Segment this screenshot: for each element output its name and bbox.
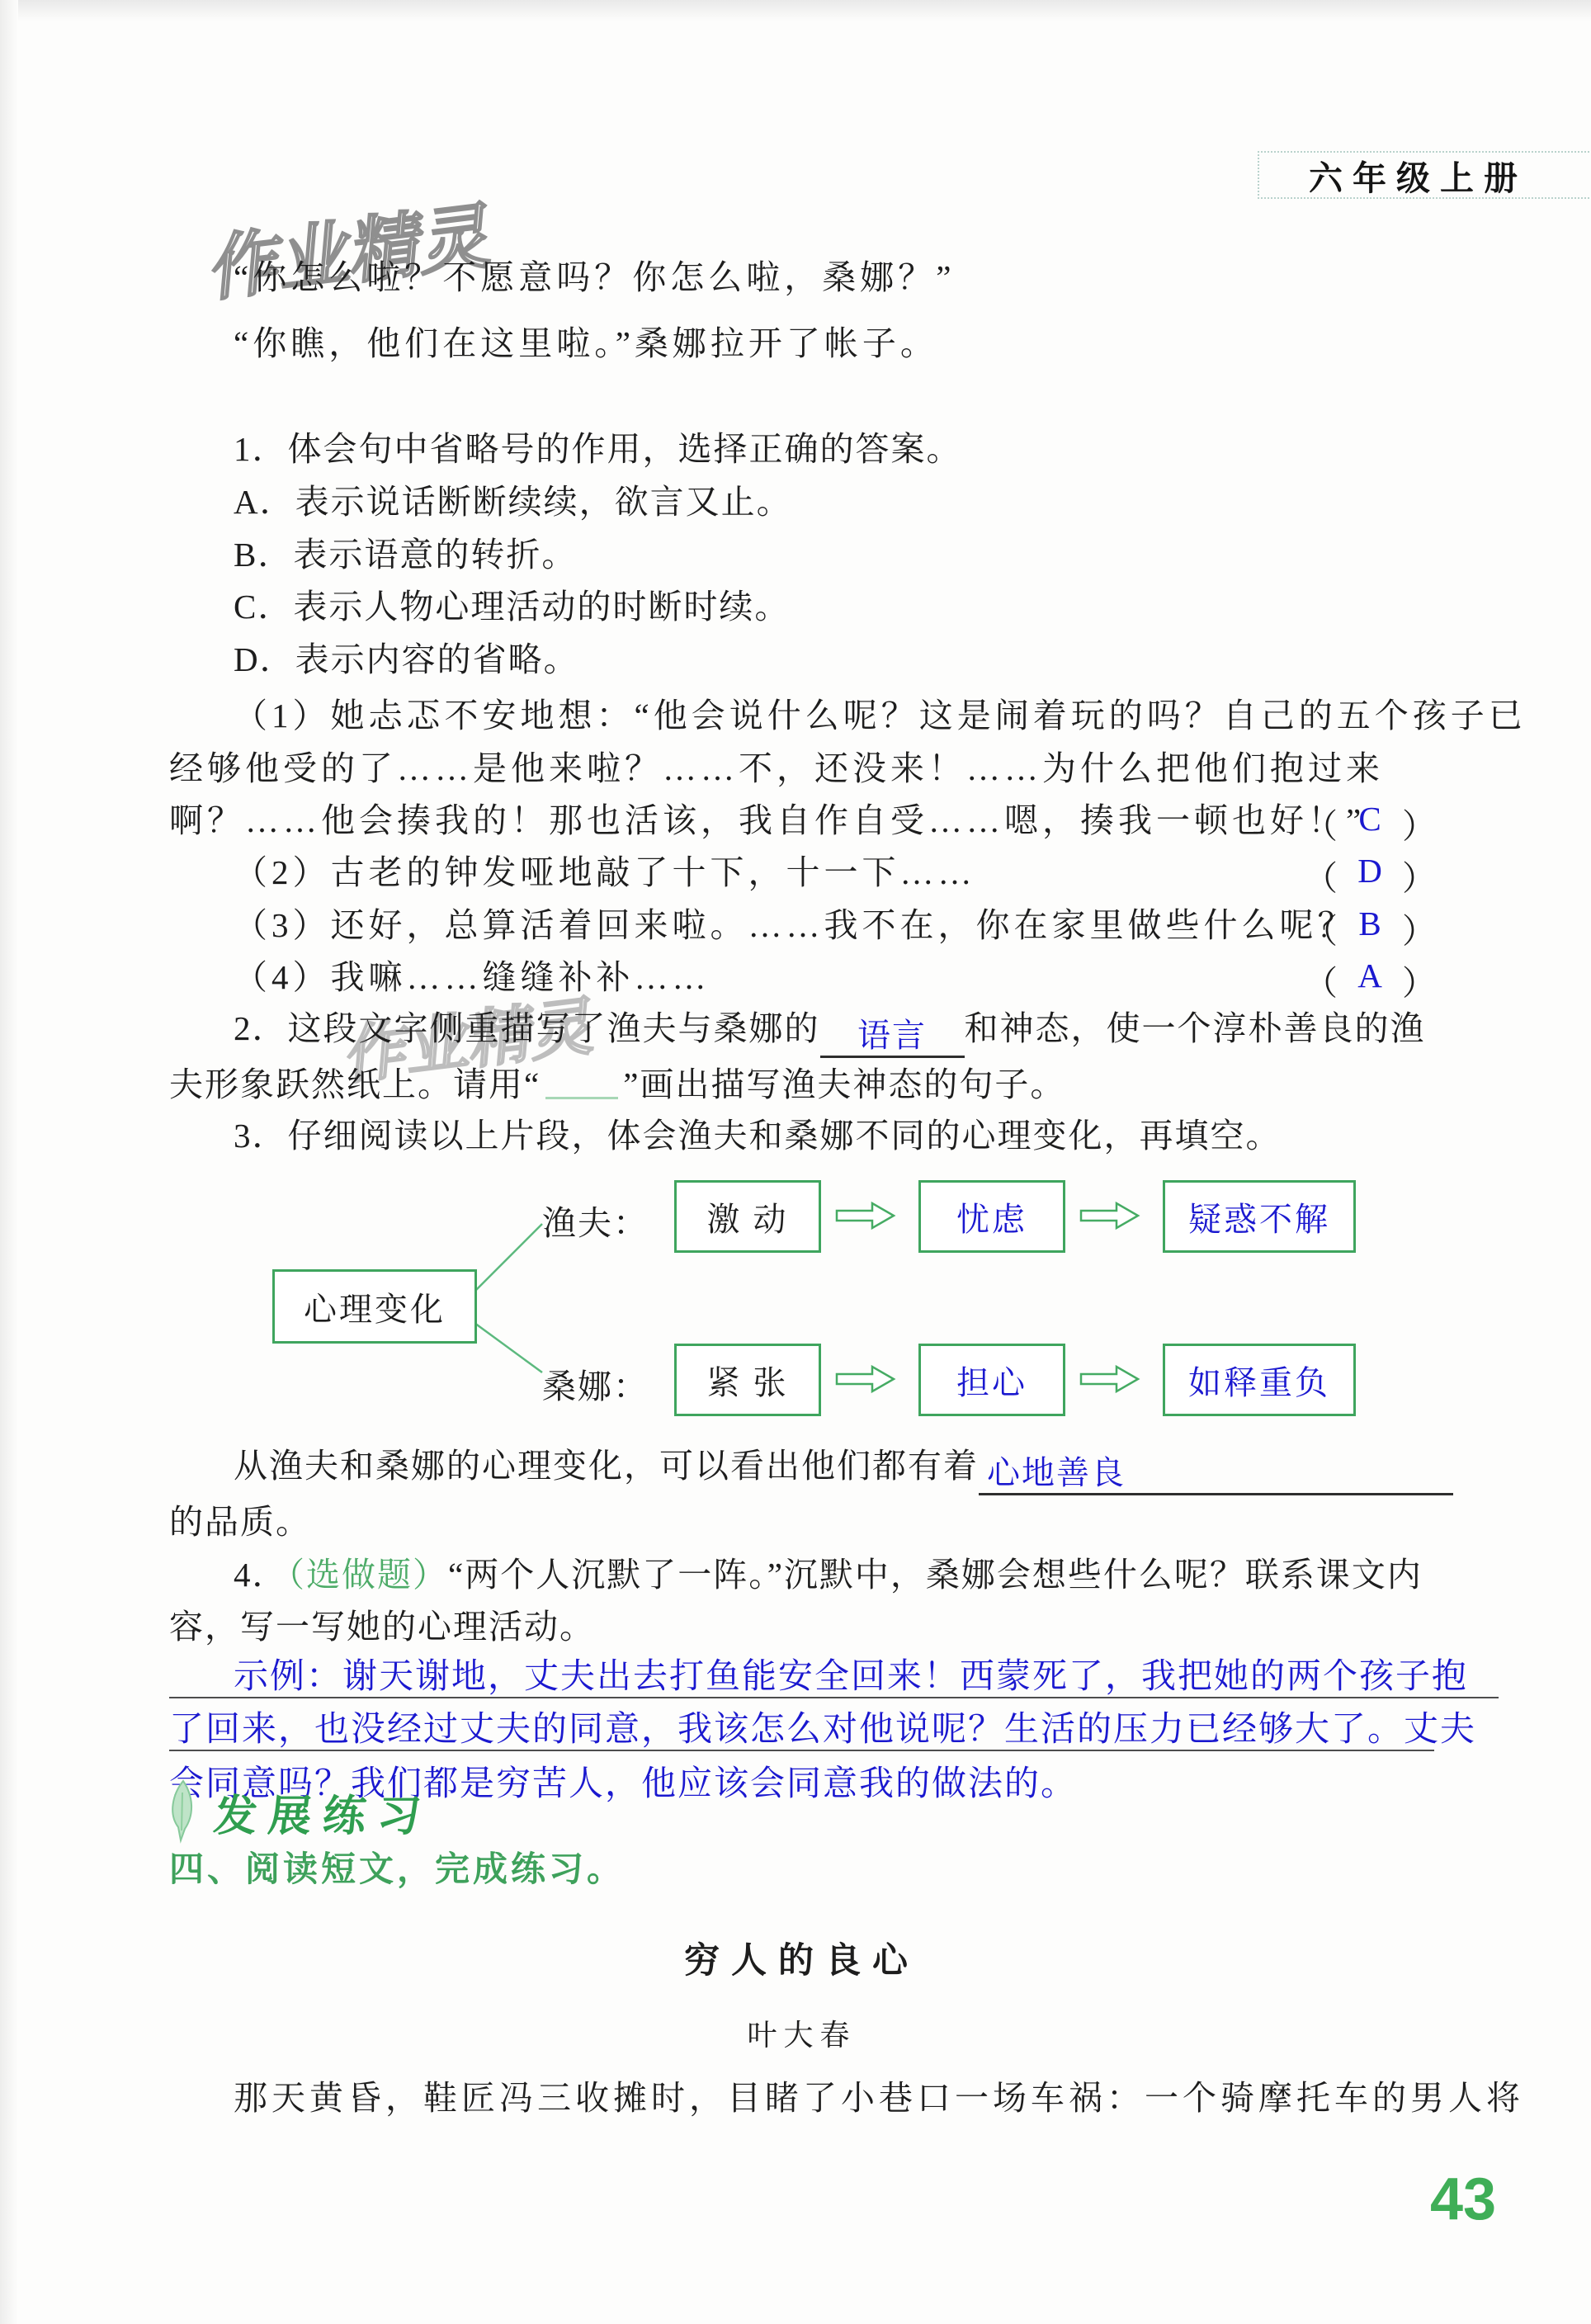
q1-item1-answer: （ C ）	[1304, 799, 1436, 848]
reading-author: 叶大春	[169, 2012, 1434, 2054]
diagram-row1-stage1: 激 动	[674, 1180, 821, 1253]
q1-item1-line3: 啊？……他会揍我的！那也活该，我自作自受……嗯，揍我一顿也好！”	[169, 801, 1365, 841]
reading-first-line: 那天黄昏，鞋匠冯三收摊时，目睹了小巷口一场车祸：一个骑摩托车的男人将	[234, 2078, 1524, 2119]
q4-answer-line1: 示例：谢天谢地，丈夫出去打鱼能安全回来！西蒙死了，我把她的两个孩子抱	[169, 1649, 1499, 1698]
grade-header-box: 六年级上册	[1258, 151, 1591, 199]
section-instruction: 四、阅读短文，完成练习。	[169, 1842, 625, 1892]
q4-line1-text: “两个人沉默了一阵。”沉默中，桑娜会想些什么呢？联系课文内	[448, 1556, 1423, 1594]
q4-line1: 4．（选做题）“两个人沉默了一阵。”沉默中，桑娜会想些什么呢？联系课文内	[234, 1555, 1423, 1595]
q1-option-b: B．表示语意的转折。	[234, 535, 577, 575]
q1-option-c: C．表示人物心理活动的时断时续。	[234, 587, 790, 627]
excerpt-line-1: “你怎么啦？不愿意吗？你怎么啦，桑娜？”	[234, 257, 955, 298]
q3-stem: 3．仔细阅读以上片段，体会渔夫和桑娜不同的心理变化，再填空。	[234, 1116, 1282, 1156]
q4-line2: 容，写一写她的心理活动。	[169, 1607, 595, 1647]
q4-answer-line2: 了回来，也没经过丈夫的同意，我该怎么对他说呢？生活的压力已经够大了。丈夫	[169, 1702, 1434, 1751]
page-edge-top	[0, 0, 1591, 21]
page-edge-left	[0, 0, 18, 2324]
q2-line1: 2．这段文字侧重描写了渔夫与桑娜的语言和神态，使一个淳朴善良的渔	[234, 1008, 1426, 1058]
summary-line2: 的品质。	[169, 1502, 311, 1542]
paren-open: （	[1304, 956, 1338, 1004]
arrow-right-icon	[1079, 1364, 1141, 1394]
diagram-row2-stage2: 担心	[918, 1344, 1065, 1416]
q1-option-d: D．表示内容的省略。	[234, 640, 579, 680]
q2-line2-prefix: 夫形象跃然纸上。请用“	[169, 1065, 541, 1103]
paren-close: ）	[1402, 904, 1436, 952]
q2-middle: 和神态，使一个淳朴善良的渔	[965, 1009, 1426, 1047]
workbook-page: 六年级上册 作业精灵 作业精灵 “你怎么啦？不愿意吗？你怎么啦，桑娜？” “你瞧…	[0, 0, 1591, 2324]
q1-stem: 1．体会句中省略号的作用，选择正确的答案。	[234, 429, 962, 470]
diagram-root-box: 心理变化	[272, 1269, 477, 1344]
diagram-row2-stage3: 如释重负	[1163, 1344, 1356, 1416]
summary-prefix: 从渔夫和桑娜的心理变化，可以看出他们都有着	[234, 1447, 979, 1485]
answer-letter: B	[1358, 904, 1381, 952]
arrow-right-icon	[834, 1201, 897, 1230]
paren-open: （	[1304, 799, 1338, 848]
paren-close: ）	[1402, 956, 1436, 1004]
grade-label: 六年级上册	[1309, 151, 1527, 200]
q1-item4-answer: （ A ）	[1304, 956, 1436, 1004]
paren-open: （	[1304, 904, 1338, 952]
q1-item3-answer: （ B ）	[1304, 904, 1436, 952]
q1-item4-line: （4）我嘛……缝缝补补……	[234, 957, 711, 998]
summary-fill-blank: 心地善良	[979, 1456, 1453, 1495]
answer-letter: D	[1357, 851, 1382, 900]
diagram-row1-stage2: 忧虑	[918, 1180, 1065, 1253]
diagram-row1-label: 渔夫：	[542, 1196, 649, 1245]
q2-prefix: 2．这段文字侧重描写了渔夫与桑娜的	[234, 1009, 820, 1047]
q1-item2-line: （2）古老的钟发哑地敲了十下，十一下……	[234, 853, 976, 893]
summary-line1: 从渔夫和桑娜的心理变化，可以看出他们都有着心地善良	[234, 1446, 1453, 1495]
paren-open: （	[1304, 851, 1338, 900]
q1-item1-line2: 经够他受的了……是他来啦？……不，还没来！……为什么把他们抱过来	[169, 749, 1384, 789]
diagram-row1-stage3: 疑惑不解	[1163, 1180, 1356, 1253]
arrow-right-icon	[834, 1364, 897, 1394]
q2-line2: 夫形象跃然纸上。请用“”画出描写渔夫神态的句子。	[169, 1065, 1065, 1105]
q1-item3-line: （3）还好，总算活着回来啦。……我不在，你在家里做些什么呢？	[234, 905, 1356, 946]
leaf-icon	[162, 1776, 201, 1845]
paren-close: ）	[1402, 851, 1436, 900]
q4-number: 4．	[234, 1556, 288, 1594]
diagram-row2-label: 桑娜：	[542, 1359, 649, 1408]
q1-option-a: A．表示说话断断续续，欲言又止。	[234, 482, 792, 522]
q2-fill-blank: 语言	[820, 1018, 965, 1058]
q2-line2-suffix: ”画出描写渔夫神态的句子。	[623, 1065, 1065, 1103]
q1-item2-answer: （ D ）	[1304, 851, 1436, 900]
mind-change-diagram: 心理变化 渔夫： 激 动 忧虑 疑惑不解 桑娜： 紧 张 担心 如释重负	[169, 1168, 1434, 1436]
reading-title: 穷人的良心	[169, 1933, 1434, 1983]
excerpt-line-2: “你瞧，他们在这里啦。”桑娜拉开了帐子。	[234, 324, 938, 364]
diagram-row2-stage1: 紧 张	[674, 1344, 821, 1416]
q4-optional-tag: （选做题）	[288, 1556, 449, 1594]
q2-underline-sample	[545, 1097, 618, 1099]
section-header: 发展练习	[211, 1781, 436, 1843]
q1-item1-line1: （1）她忐忑不安地想：“他会说什么呢？这是闹着玩的吗？自己的五个孩子已	[234, 696, 1527, 736]
arrow-right-icon	[1079, 1201, 1141, 1230]
answer-letter: A	[1357, 956, 1382, 1004]
paren-close: ）	[1402, 799, 1436, 848]
page-number: 43	[1430, 2166, 1496, 2233]
answer-letter: C	[1358, 799, 1381, 848]
